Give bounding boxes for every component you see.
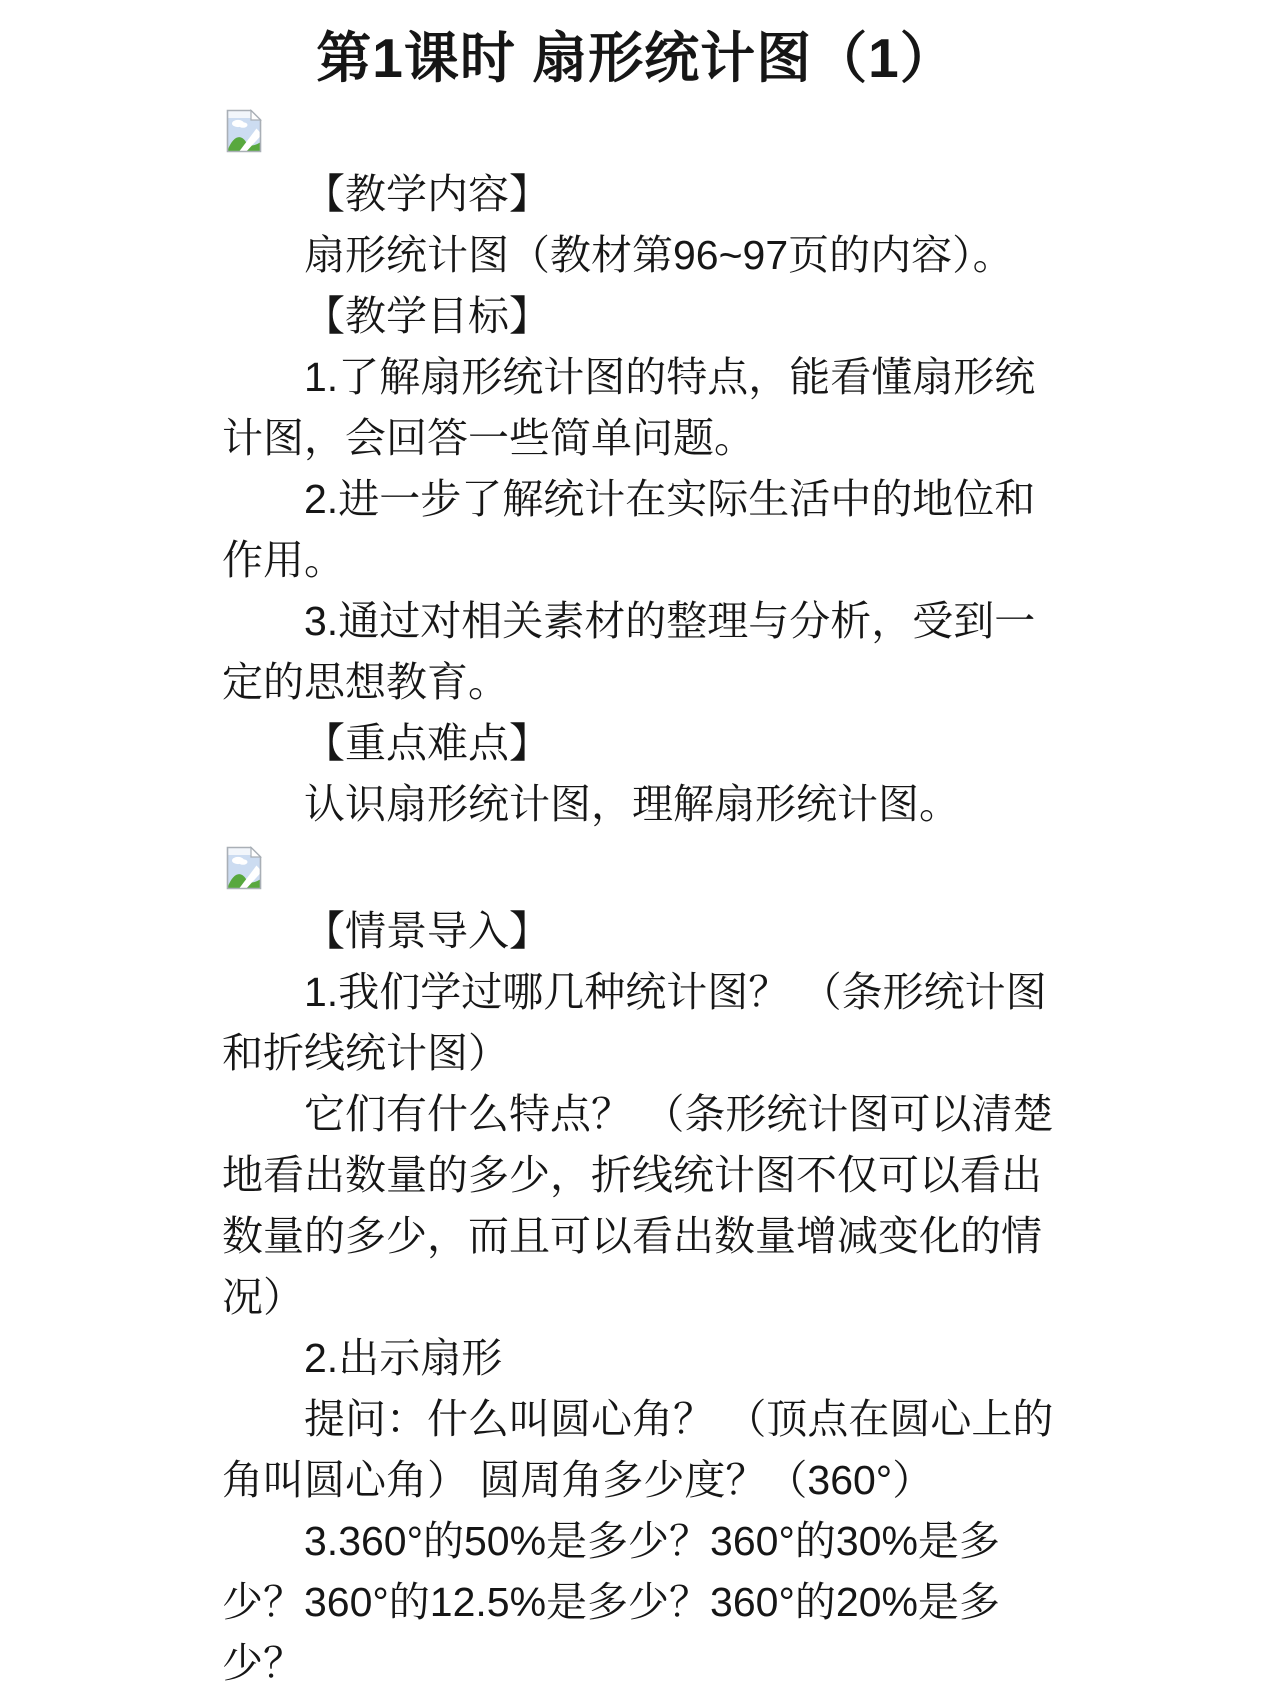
- doc-line: 少？360°的12.5%是多少？360°的20%是多: [222, 1572, 1050, 1633]
- image-placeholder-row: [222, 835, 1050, 901]
- doc-line: 定的思想教育。: [222, 652, 1050, 713]
- doc-line: 3.360°的50%是多少？360°的30%是多: [222, 1511, 1050, 1572]
- doc-line: 计图，会回答一些简单问题。: [222, 408, 1050, 469]
- doc-line: 少？: [222, 1633, 1050, 1694]
- doc-line: 【教学目标】: [222, 286, 1050, 347]
- doc-line: 数量的多少，而且可以看出数量增减变化的情: [222, 1206, 1050, 1267]
- doc-line: 它们有什么特点？ （条形统计图可以清楚: [222, 1084, 1050, 1145]
- doc-title: 第1课时 扇形统计图（1）: [222, 18, 1050, 98]
- doc-line: 角叫圆心角） 圆周角多少度？（360°）: [222, 1450, 1050, 1511]
- doc-line: 2.出示扇形: [222, 1328, 1050, 1389]
- doc-line: 3.通过对相关素材的整理与分析，受到一: [222, 591, 1050, 652]
- document-page: 第1课时 扇形统计图（1）: [0, 0, 1280, 1706]
- doc-line: 1.我们学过哪几种统计图？ （条形统计图: [222, 962, 1050, 1023]
- broken-image-icon: [226, 109, 262, 153]
- doc-line: 【重点难点】: [222, 713, 1050, 774]
- image-placeholder-row: [222, 98, 1050, 164]
- doc-line: 地看出数量的多少，折线统计图不仅可以看出: [222, 1145, 1050, 1206]
- doc-line: 提问：什么叫圆心角？ （顶点在圆心上的: [222, 1389, 1050, 1450]
- doc-line: 作用。: [222, 530, 1050, 591]
- doc-line: 【情景导入】: [222, 901, 1050, 962]
- doc-line: 认识扇形统计图，理解扇形统计图。: [222, 774, 1050, 835]
- doc-line: 1.了解扇形统计图的特点，能看懂扇形统: [222, 347, 1050, 408]
- doc-line: 况）: [222, 1267, 1050, 1328]
- broken-image-icon: [226, 846, 262, 890]
- doc-line: 和折线统计图）: [222, 1023, 1050, 1084]
- doc-line: 【教学内容】: [222, 164, 1050, 225]
- doc-line: 扇形统计图（教材第96~97页的内容）。: [222, 225, 1050, 286]
- doc-line: 2.进一步了解统计在实际生活中的地位和: [222, 469, 1050, 530]
